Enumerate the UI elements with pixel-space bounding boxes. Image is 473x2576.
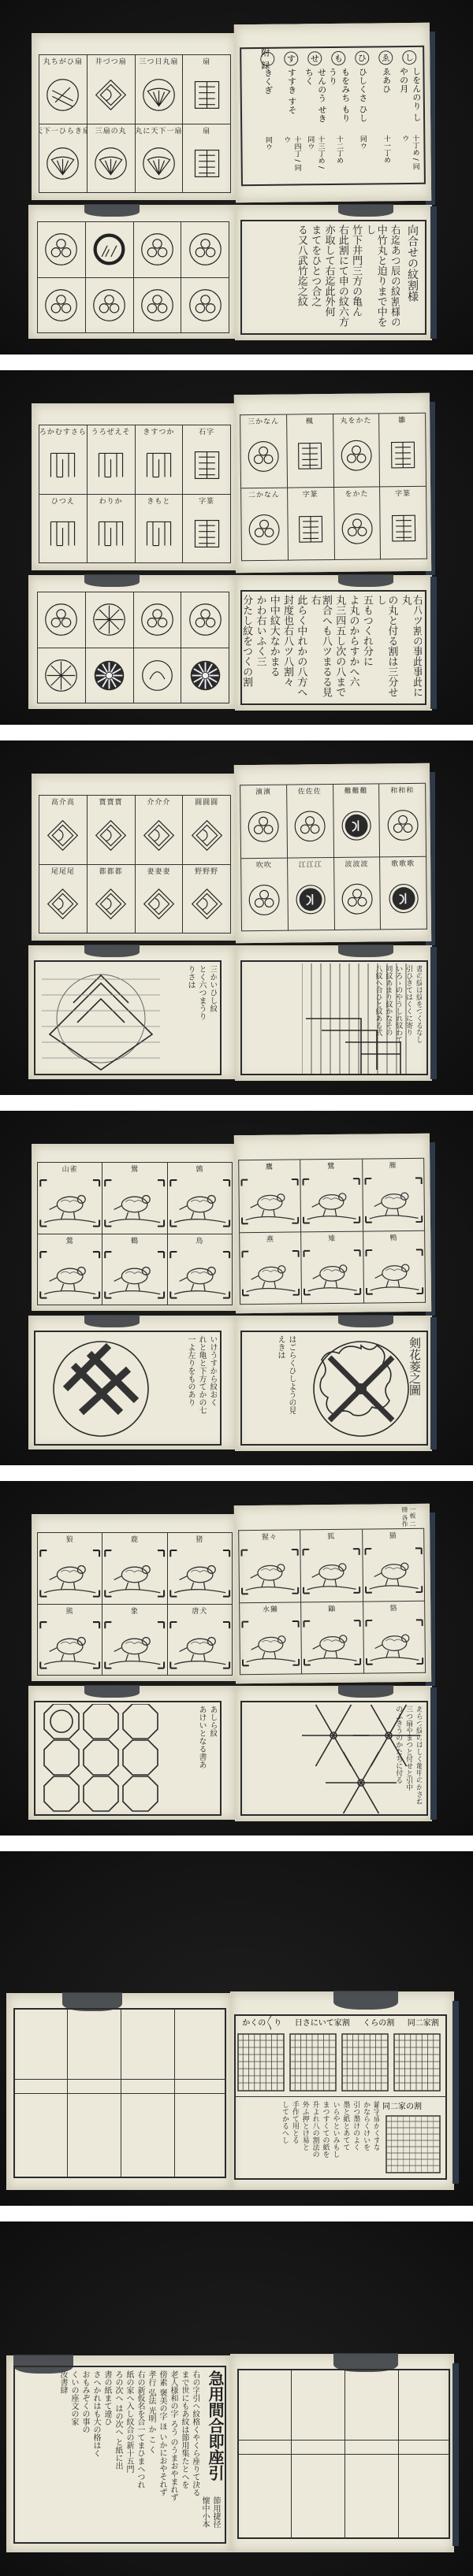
grid-cell: 鳥 [168, 1234, 233, 1306]
grid-cell: 井づつ扇 [88, 55, 136, 124]
top-right-page: 猩々 狐 猫 水獺 鼬 貉 一板 二冊 各作 [234, 1504, 431, 1684]
text-column: 傍素 褒美の字 ほ いかにおやそれず [158, 2370, 166, 2541]
crest-slot [288, 868, 334, 930]
cell-label: きもと [147, 495, 170, 506]
crest-slot [181, 222, 229, 277]
text-column: 汝書肆 [58, 2370, 67, 2541]
grid-cell: 水獺 [240, 1602, 302, 1675]
grid-cell: 三つ日丸扇 [136, 55, 184, 124]
swallow-tree-illustration [240, 1248, 301, 1299]
plum-blossom-icon [139, 601, 176, 638]
flower-with-crossed-swords-diagram-icon [302, 1334, 420, 1444]
text-column: とく六つまうり [197, 965, 206, 1072]
index-entry: せせんのう せきちく十三丁め / 同ウ [304, 51, 326, 184]
book-cover-edge [430, 206, 437, 339]
text-column: あしら紋 [208, 1706, 217, 1813]
crest-slot [288, 498, 334, 559]
crest-slot [333, 795, 380, 856]
ruled-line [237, 2454, 450, 2455]
ruled-line [237, 2440, 450, 2441]
bird-in-grass-illustration [38, 1248, 102, 1302]
left-page [6, 1993, 232, 2190]
kaisho-扇-icon [188, 145, 225, 182]
cell-label: 字篆 [303, 488, 318, 499]
photo-panel-7: 急用間合即座引節用捷径懐中小本右の字引へ紋格くやくら座りて決るまで世にもあ紋は節… [0, 2222, 473, 2576]
circled-kana: 附録 [260, 52, 274, 66]
cell-label: 寶寶寶 [99, 796, 123, 807]
grid-cell: 象 [102, 1605, 167, 1676]
crest-slot [379, 425, 426, 486]
circle-calligraphy-2-icon [292, 808, 328, 844]
grid-cell: 鷹 [239, 1160, 301, 1232]
grid-cell: うろぜえそ [88, 425, 136, 495]
vertical-text-block: 右八ツ割の事此事此に丸の丸と付る割は三分せし五もつくれ分によ丸のからすかへ六丸三… [244, 595, 422, 702]
seal-script-3-icon [385, 437, 420, 473]
filled-circle-calligraphy-6-icon [293, 882, 329, 917]
crest-grid: 高介高寶寶寶介介介圓圓圓尾尾尾都都都妻妻妻野野野 [39, 795, 231, 934]
grid-cell: 狐 [300, 1530, 363, 1602]
photo-panel-5: 狼 鹿 猪 熊 象 唐犬 猩々 狐 猫 水獺 鼬 貉 一板 二冊 [0, 1481, 473, 1835]
comb-pattern-5-icon [92, 515, 129, 552]
twin-leaves-icon [246, 439, 281, 474]
top-right-page: 濱濱佐佐佐難難難和和和吹吹江江江波波波歌歌歌 [234, 763, 431, 944]
seal-script-4-icon [293, 511, 329, 547]
grid-cell: 丸をかた [333, 414, 381, 487]
cell-label: 鷺 [327, 1160, 335, 1171]
text-column: さへかれはも大の格はく [91, 2370, 100, 2541]
crest-slot [363, 1170, 424, 1230]
crest-slot [136, 807, 183, 864]
photo-panel-3: 高介高寶寶寶介介介圓圓圓尾尾尾都都都妻妻妻野野野濱濱佐佐佐難難難和和和吹吹江江江… [0, 741, 473, 1095]
grid-cell: 介介介 [136, 796, 184, 865]
cell-label: 鶯 [66, 1234, 74, 1245]
crest-slot [241, 869, 288, 930]
grid-cell: 扇 [183, 124, 231, 194]
top-left-page: 山雀 鷽 鶉 鶯 鶴 鳥 [32, 1144, 236, 1311]
grid-cell: きもと [136, 495, 184, 564]
cell-label: 山雀 [62, 1163, 78, 1174]
grid-cell: 三かなん [240, 415, 288, 488]
wheel-flower-icon [91, 657, 128, 694]
grid-cell: 天下一ひらき扇 [39, 124, 88, 194]
text-column: ろの次へ はの次へ と紙に出 [114, 2370, 122, 2541]
bird-flying-illustration [168, 1176, 232, 1230]
vertical-text-block: はごらくひしようの見えきは [247, 1335, 296, 1442]
grid-cell: 鹿 [102, 1533, 167, 1605]
cell-label: 難難難 [344, 785, 367, 796]
text-column: 右八ツ割の事此事此に丸 [399, 595, 422, 702]
crest-slot [134, 592, 181, 648]
text-column: まつすくての紙を [321, 2101, 329, 2177]
diamond-calligraphy-1-icon [44, 817, 81, 854]
text-column: 五もつくれ分に [361, 595, 372, 702]
grid-cell: 字篆 [183, 495, 231, 564]
cell-label: 佐佐佐 [298, 785, 322, 796]
dharma-wheel-icon [187, 657, 224, 694]
text-column: 外ふ押とけ易と [300, 2101, 308, 2177]
page-ref: 十丁め / 同ウ [400, 135, 421, 176]
monkey-illustration [239, 1546, 300, 1597]
peach-icon [43, 287, 80, 324]
crest-slot [38, 1544, 102, 1604]
cell-label: 吹吹 [256, 858, 272, 869]
crest-slot [88, 807, 135, 864]
cell-label: 鶉 [196, 1163, 203, 1174]
crest-slot [38, 648, 85, 703]
crest-slot [183, 506, 230, 563]
grid-cell [181, 592, 229, 648]
interlaced-square-bars-in-circle-diagram-icon [42, 1334, 160, 1444]
bird-on-plum-illustration [102, 1248, 166, 1302]
cell-label: 猩々 [262, 1531, 277, 1542]
cell-label: 石字 [199, 425, 214, 436]
crest-slot [38, 592, 85, 648]
book-subtitle: 懐中小本 [198, 2496, 209, 2542]
grid-cell: 寶寶寶 [88, 796, 136, 865]
text-column: 手作て用とる [290, 2101, 298, 2177]
crest-slot [38, 1245, 102, 1305]
bottom-left-page [28, 205, 236, 339]
text-column: 丸三四五し次の八まで [333, 595, 345, 702]
text-column: 分たし紋をつくの割 [244, 595, 251, 702]
cell-label: わりか [99, 495, 123, 506]
grid-header-label: くらの割 [363, 2016, 394, 2030]
grid-cell [86, 648, 134, 704]
index-entry: すすすき すそ十四丁 / 同ウ [281, 51, 303, 184]
comb-pattern-4-icon [44, 515, 81, 552]
grid-cell: 燕 [240, 1232, 302, 1305]
bottom-left-page [28, 575, 236, 709]
ink-stain [333, 1991, 398, 2010]
open-fan-icon [44, 145, 81, 182]
cell-label: 二かなん [248, 488, 280, 499]
text-column: かならくけいを [361, 2101, 369, 2177]
crest-slot [240, 796, 287, 858]
seal-script-1-icon [188, 447, 225, 484]
cell-label: 三つ日丸扇 [139, 55, 178, 66]
grid-cell [38, 648, 86, 704]
geese-illustration [363, 1175, 424, 1226]
grid-cell: 貉 [363, 1601, 426, 1673]
text-column: よ丸のからすかへ六 [347, 595, 358, 702]
elephant-illustration [102, 1618, 166, 1672]
top-left-page: 丸ちがひ扇井づつ扇三つ日丸扇扇天下一ひらき扇三扇の丸丸に天下一扇扇 [32, 33, 236, 200]
text-column: 孝行 弘法 光明 か こ く [147, 2370, 155, 2541]
index-entry: ひひしくさ ひし同ウ [352, 50, 374, 183]
text-column: あけいとなる書あ [197, 1706, 206, 1813]
book-cover-edge [430, 1317, 437, 1449]
bottom-right-page: 剣花菱之圖はごらくひしようの見えきは [235, 1316, 432, 1451]
text-column: 封度也右八ツ八割々 [281, 595, 292, 702]
crest-slot [302, 1613, 363, 1673]
duck-illustration [363, 1246, 425, 1297]
ink-stain [84, 1685, 140, 1698]
crest-slot [239, 1171, 300, 1231]
cell-label: 雛 [398, 414, 406, 425]
filled-circle-calligraphy-3-icon [338, 808, 374, 844]
grid-cell: ろかむすさら [39, 425, 88, 495]
interlaced-squares-icon [139, 657, 176, 694]
grid-cell: 都都都 [88, 865, 136, 934]
text-column: 右の新仮名を合一てまひまへつれ [136, 2370, 144, 2541]
cell-label: 三扇の丸 [95, 124, 127, 135]
grid-cell: をかた [334, 487, 382, 560]
crest-slot [181, 592, 229, 648]
page-ref: 十一丁め [382, 135, 393, 176]
bottom-left-page: 三かいひし紋とく六つまうりりさは [28, 945, 236, 1079]
cell-label: 鷽 [131, 1163, 139, 1174]
seven-circles-icon [187, 601, 224, 638]
corner-note: 一板 二冊 各作 [397, 1506, 416, 1530]
cell-label: 波波波 [345, 857, 368, 868]
circle-calligraphy-1-icon [246, 809, 281, 844]
cell-label: 和和和 [390, 784, 414, 795]
cell-label: 鳥 [196, 1234, 203, 1245]
paired-leaves-circle-icon [43, 231, 80, 268]
grid-cell: 扇 [183, 55, 231, 124]
index-entry: ししをんのり しやの月十丁め / 同ウ [399, 50, 421, 183]
circled-kana: ゑ [378, 50, 393, 65]
photo-panel-6: 同二家割くらの割日さにいて家割かくの〳〵り同二家の割鎗字成かくすなかならくけいを… [0, 1851, 473, 2206]
grid-header-label: かくの〳〵り [242, 2016, 281, 2030]
text-column: 八紋へ合ひと紋ある式 [374, 965, 382, 1072]
crest-slot [102, 1616, 166, 1676]
grid-cell: 吹吹 [241, 858, 289, 931]
crest-slot [134, 222, 181, 277]
crest-slot [39, 135, 87, 193]
crest-slot [240, 1613, 301, 1674]
text-column: いろゝのやうしれ紋わて [393, 965, 401, 1072]
cell-label: 狐 [327, 1530, 335, 1541]
book-cover-edge [453, 2001, 459, 2184]
crest-slot [136, 506, 183, 563]
grid-cell [134, 648, 182, 704]
text-column: 一よ左りをものあり [186, 1335, 195, 1442]
text-column: る又八武竹迄之紋 [296, 225, 307, 332]
crest-slot [181, 278, 229, 333]
bottom-right-page: 向合せの紋割様右迄あつ辰の紋割様の中竹丸と迫りまで中をし竹下井門三方の亀ん右此割… [235, 205, 432, 340]
cell-label: 猫 [389, 1529, 397, 1540]
grid-cell [134, 592, 182, 648]
crest-grid: 三かなん楓丸をかた雛二かなん字篆をかた字篆 [240, 413, 427, 561]
text-column: してかるへし [280, 2101, 288, 2177]
text-column: まで世にもあ紋は節用集たとへを [180, 2370, 188, 2541]
crest-slot [241, 499, 288, 560]
chrysanthemum-half-icon [187, 287, 224, 324]
book-cover-edge [430, 947, 437, 1079]
crest-slot [39, 436, 87, 494]
grid-cell: 雁 [363, 1159, 425, 1231]
text-column: のふきうのかたちに付る [393, 1706, 401, 1813]
entry-text: すすき すそ [285, 68, 298, 129]
cell-label: 鴨 [389, 1231, 397, 1242]
top-left-page: 高介高寶寶寶介介介圓圓圓尾尾尾都都都妻妻妻野野野 [32, 774, 236, 941]
comb-pattern-3-icon [140, 447, 177, 484]
circled-kana: も [331, 51, 345, 65]
photo-panel-1: 丸ちがひ扇井づつ扇三つ日丸扇扇天下一ひらき扇三扇の丸丸に天下一扇扇ししをんのり … [0, 0, 473, 354]
crest-slot [102, 1245, 166, 1305]
text-column: 鎗字成かくすな [371, 2101, 379, 2177]
crest-slot [240, 1243, 301, 1304]
crest-grid: ろかむすさらうろぜえそきすつか石字ひつえわりかきもと字篆 [39, 425, 231, 563]
bottom-left-page: いけうすから紋おくれと亀と下方てかの七一よ左りをものあり [28, 1316, 236, 1449]
book-cover-edge [453, 2363, 459, 2546]
text-column: 右此割にて申の紋六方 [337, 225, 348, 332]
crest-slot [38, 222, 85, 277]
grid-cell: 雛 [379, 414, 426, 487]
cell-label: 字篆 [395, 486, 411, 497]
crest-slot [363, 1540, 424, 1601]
crest-slot [86, 222, 133, 277]
bird-on-rock-illustration [168, 1248, 232, 1302]
right-page [230, 2354, 454, 2552]
text-column: くいの座文の家 [69, 2370, 78, 2541]
crest-slot [88, 66, 135, 124]
entry-text: もをみち もりうり [326, 68, 352, 129]
comb-pattern-6-icon [140, 515, 177, 552]
twin-leaves-outline-icon [247, 511, 282, 547]
grid-cell: 鷺 [300, 1160, 363, 1232]
fan-in-double-circle-icon [140, 145, 177, 182]
eight-point-star-icon [91, 601, 128, 638]
grid-cell: 鼬 [301, 1602, 363, 1674]
grid-cell: 鶴 [102, 1234, 167, 1306]
entry-text: しをんのり しやの月 [397, 67, 423, 128]
entry-text: ゑあひ [379, 67, 393, 128]
three-fans-circle-icon [92, 145, 129, 182]
text-column: 亦取して右迄此外何 [322, 225, 333, 332]
cell-label: 丸に天下一扇 [136, 124, 183, 135]
text-column: 升よれ八の割法の [311, 2101, 318, 2177]
crest-slot [183, 135, 230, 193]
crest-slot [287, 796, 333, 857]
crest-grid [37, 221, 229, 333]
index-entry: ももをみち もりうり十二丁め [328, 51, 350, 184]
circle-calligraphy-7-icon [339, 881, 374, 916]
grid-cell [134, 278, 182, 334]
crest-slot [134, 648, 181, 703]
crest-slot [136, 135, 183, 193]
cell-label: 高介高 [51, 796, 75, 807]
text-column: れと亀と下方てかの七 [197, 1335, 206, 1442]
crest-slot [39, 506, 87, 563]
text-column: あらつ紋のはしく亀甲のかさね [414, 1706, 422, 1813]
index-entry: ゑゑあひ十一丁め [375, 50, 397, 183]
crest-slot [239, 1541, 300, 1602]
text-column: まてをひとつ合之 [309, 225, 320, 332]
cell-label: 丸ちがひ扇 [43, 55, 83, 66]
crest-slot [136, 436, 183, 494]
crest-slot [168, 1245, 232, 1305]
seal-script-扇-icon [188, 76, 225, 113]
grid-cell: 狼 [38, 1533, 102, 1605]
crest-slot [183, 876, 230, 934]
crest-slot [168, 1544, 232, 1604]
top-right-page: 鷹 鷺 雁 燕 雉 鴨 [234, 1134, 431, 1314]
grid-cell: 猫 [363, 1529, 425, 1602]
cell-label: 貉 [389, 1602, 397, 1613]
fans-circle-icon [140, 76, 177, 113]
book-subtitle: 節用捷径 [209, 2496, 220, 2542]
crest-slot [301, 1171, 363, 1231]
three-petal-circle-icon [338, 438, 374, 473]
crest-slot [183, 66, 230, 124]
herons-illustration [301, 1175, 363, 1227]
cell-label: 水獺 [263, 1602, 278, 1613]
grid-cell: 猪 [168, 1533, 233, 1605]
text-column: 紙の家へ入し紋合の新十五門 [125, 2370, 133, 2541]
crest-grid: 猩々 狐 猫 水獺 鼬 貉 [238, 1528, 426, 1675]
grid-cell: 丸ちがひ扇 [39, 55, 88, 124]
grid-cell: 尾尾尾 [39, 865, 88, 934]
cell-label: 雁 [389, 1159, 397, 1170]
text-column: 竹下井門三方の亀ん [350, 225, 361, 332]
cell-label: 野野野 [195, 865, 218, 876]
bottom-right-page: 書の紋は紋をつくるなし引ひきてはくくに寄りいろゝのやうしれ紋わて同紋あまり紋かな… [235, 945, 432, 1081]
crest-slot [88, 876, 135, 934]
badger-illustration [363, 1616, 425, 1668]
cell-label: 唐犬 [192, 1605, 207, 1616]
cell-label: 三かなん [248, 415, 279, 426]
ink-stain [338, 204, 393, 217]
text-column: 引ひきてはくくに寄り [404, 965, 412, 1072]
ruled-line [13, 2079, 226, 2080]
crest-slot [168, 1174, 232, 1234]
text-column: 割合へも八ツまるる見右 [308, 595, 331, 702]
seal-楓-icon [292, 438, 328, 473]
crest-slot [39, 66, 87, 124]
vertical-text-block: あしら紋あけいとなる書あ [165, 1706, 217, 1813]
crest-slot [39, 807, 87, 864]
text-column: 三つ扇やまつと付せと引中 [404, 1706, 412, 1813]
paired-oak-leaves-icon [91, 287, 128, 324]
deer-illustration [102, 1546, 166, 1601]
cell-label: 歌歌歌 [391, 856, 415, 867]
crest-slot [134, 278, 181, 333]
crest-slot [136, 876, 183, 934]
grid-cell: 猩々 [239, 1530, 301, 1602]
index-entry: 附録きくぎ同ウ [257, 52, 279, 184]
photo-panel-2: ろかむすさらうろぜえそきすつか石字ひつえわりかきもと字篆三かなん楓丸をかた雛二か… [0, 370, 473, 725]
cell-label: 都都都 [99, 865, 123, 876]
crest-slot [334, 868, 381, 930]
bird-on-branch-illustration [38, 1176, 102, 1230]
crest-slot [380, 867, 426, 929]
text-column: はごらくひしようの見 [287, 1335, 296, 1442]
grid-cell: 字篆 [288, 487, 335, 560]
stacked-diamonds-in-circle-diagram-icon [42, 963, 160, 1074]
crest-slot [39, 876, 87, 934]
circled-kana: ひ [355, 51, 369, 65]
crest-grid [37, 592, 229, 703]
page-ref: 十二丁め [334, 135, 345, 176]
crest-slot [380, 497, 426, 559]
cell-label: 熊 [66, 1605, 74, 1616]
vertical-text-block: 右迄あつ辰の紋割様の中竹丸と迫りまで中をし竹下井門三方の亀ん右此割にて申の紋六方… [244, 225, 400, 332]
book-cover-edge [430, 1687, 437, 1820]
cell-label: ろかむすさら [39, 425, 87, 436]
cell-label: 鷹 [266, 1160, 274, 1171]
cell-label: 尾尾尾 [51, 865, 75, 876]
bottom-right-page: あらつ紋のはしく亀甲のかさね三つ扇やまつと付せと引中のふきうのかたちに付る [235, 1686, 432, 1821]
grid-cell: 二かなん [241, 488, 289, 561]
ruled-grid-example-icon [393, 2033, 441, 2092]
comb-pattern-2-icon [92, 447, 129, 484]
entry-text: ひしくさ ひし [356, 68, 369, 129]
text-column: えきは [276, 1335, 285, 1442]
grid-cell: 鴨 [363, 1230, 426, 1303]
circled-kana: し [402, 50, 416, 65]
